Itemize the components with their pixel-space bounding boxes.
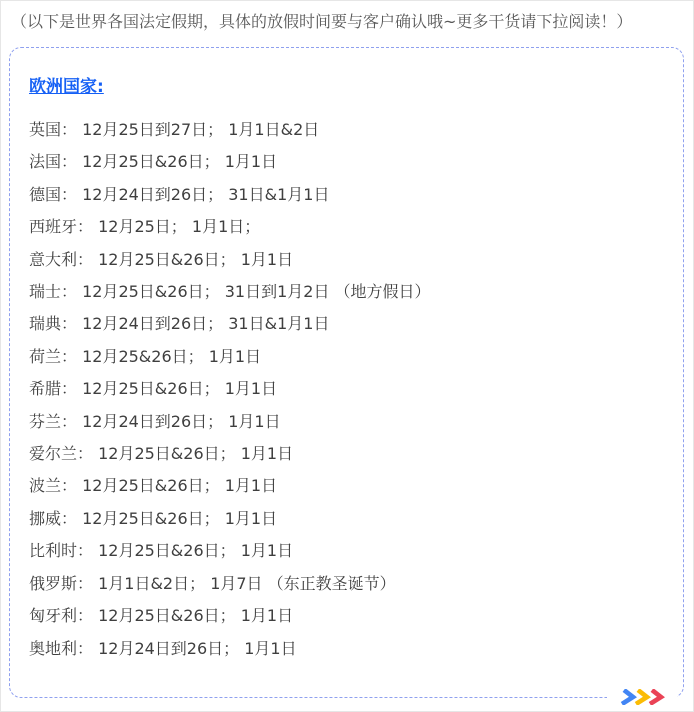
holiday-row-austria: 奥地利： 12月24日到26日； 1月1日 <box>29 633 671 665</box>
article-page: （以下是世界各国法定假期，具体的放假时间要与客户确认哦~更多干货请下拉阅读！） … <box>0 0 694 712</box>
holiday-list: 英国： 12月25日到27日； 1月1日&2日 法国： 12月25日&26日； … <box>29 114 671 665</box>
holiday-row-uk: 英国： 12月25日到27日； 1月1日&2日 <box>29 114 671 146</box>
chevron-blue <box>622 690 633 704</box>
intro-note: （以下是世界各国法定假期，具体的放假时间要与客户确认哦~更多干货请下拉阅读！） <box>11 10 683 34</box>
holiday-row-ireland: 爱尔兰： 12月25日&26日； 1月1日 <box>29 438 671 470</box>
holiday-row-norway: 挪威： 12月25日&26日； 1月1日 <box>29 503 671 535</box>
holiday-row-germany: 德国： 12月24日到26日； 31日&1月1日 <box>29 179 671 211</box>
holiday-row-finland: 芬兰： 12月24日到26日； 1月1日 <box>29 406 671 438</box>
holiday-row-poland: 波兰： 12月25日&26日； 1月1日 <box>29 470 671 502</box>
holiday-row-sweden: 瑞典： 12月24日到26日； 31日&1月1日 <box>29 308 671 340</box>
holiday-row-hungary: 匈牙利： 12月25日&26日； 1月1日 <box>29 600 671 632</box>
holiday-row-france: 法国： 12月25日&26日； 1月1日 <box>29 146 671 178</box>
holiday-row-switzerland: 瑞士： 12月25日&26日； 31日到1月2日 （地方假日） <box>29 276 671 308</box>
europe-section-link[interactable]: 欧洲国家: <box>29 77 104 97</box>
holiday-row-spain: 西班牙： 12月25日； 1月1日； <box>29 211 671 243</box>
holiday-row-italy: 意大利： 12月25日&26日； 1月1日 <box>29 244 671 276</box>
more-indicator <box>607 687 677 707</box>
holiday-row-netherlands: 荷兰： 12月25&26日； 1月1日 <box>29 341 671 373</box>
section-title: 欧洲国家: <box>29 74 104 100</box>
europe-holiday-box: 欧洲国家: 英国： 12月25日到27日； 1月1日&2日 法国： 12月25日… <box>9 47 684 698</box>
chevron-yellow <box>636 690 647 704</box>
chevron-red <box>650 690 661 704</box>
holiday-row-belgium: 比利时： 12月25日&26日； 1月1日 <box>29 535 671 567</box>
holiday-row-russia: 俄罗斯： 1月1日&2日； 1月7日 （东正教圣诞节） <box>29 568 671 600</box>
triple-chevron-right-icon <box>619 689 665 705</box>
holiday-row-greece: 希腊： 12月25日&26日； 1月1日 <box>29 373 671 405</box>
